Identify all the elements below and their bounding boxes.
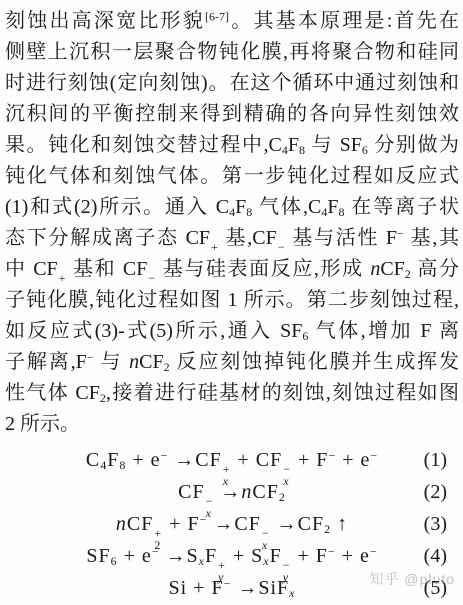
sup-sub-stack: −x: [148, 272, 155, 285]
text-line: 刻蚀出高深宽比形貌[6-7]。其基本原理是:首先在: [5, 6, 459, 37]
equation-row-5: Si + F− →SiFx (5): [5, 572, 459, 604]
sup-sub-stack: +x: [211, 241, 218, 254]
text-line: 时进行刻蚀(定向刻蚀)。在这个循环中通过刻蚀和: [5, 68, 459, 99]
equation-formula: Si + F− →SiFx: [168, 572, 295, 604]
equation-block: C4F8 + e− →CF+x + CF−x + F− + e− (1) CF−…: [5, 444, 459, 604]
equation-row-4: SF6 + e− →SxF+y + SxF−y + F− + e− (4): [5, 540, 459, 572]
equation-number: (1): [424, 444, 447, 476]
text-line: 子钝化膜,钝化过程如图 1 所示。第二步刻蚀过程,: [5, 285, 459, 316]
text-line: 侧壁上沉积一层聚合物钝化膜,再将聚合物和硅同: [5, 37, 459, 68]
equation-number: (2): [424, 476, 447, 508]
text-line: 态下分解成离子态 CF+x 基,CF−x 基与活性 F− 基,其: [5, 223, 459, 254]
text-line: 果。钝化和刻蚀交替过程中,C4F8 与 SF6 分别做为: [5, 130, 459, 161]
equation-number: (4): [424, 540, 447, 572]
sup-sub-stack: −x: [278, 241, 285, 254]
equation-row-2: CF−x →nCF2 (2): [5, 476, 459, 508]
text-line: 钝化气体和刻蚀气体。第一步钝化过程如反应式: [5, 161, 459, 192]
text-line: (1)和式(2)所示。通入 C4F8 气体,C4F8 在等离子状: [5, 192, 459, 223]
equation-number: (5): [424, 572, 447, 604]
sup-sub-stack: +x: [59, 272, 66, 285]
equation-row-3: nCF+2 + F− →CF−x →CF2 ↑ (3): [5, 508, 459, 540]
text-line: 如反应式(3)-式(5)所示,通入 SF6 气体,增加 F 离: [5, 316, 459, 347]
equation-row-1: C4F8 + e− →CF+x + CF−x + F− + e− (1): [5, 444, 459, 476]
text-line: 中 CF+x 基和 CF−x 基与硅表面反应,形成 nCF2 高分: [5, 254, 459, 285]
paragraph: 刻蚀出高深宽比形貌[6-7]。其基本原理是:首先在 侧壁上沉积一层聚合物钝化膜,…: [5, 6, 459, 440]
text-line: 性气体 CF2,接着进行硅基材的刻蚀,刻蚀过程如图: [5, 378, 459, 409]
text-line: 沉积间的平衡控制来得到精确的各向异性刻蚀效: [5, 99, 459, 130]
equation-number: (3): [424, 508, 447, 540]
text-line: 子解离,F− 与 nCF2 反应刻蚀掉钝化膜并生成挥发: [5, 347, 459, 378]
text-line: 2 所示。: [5, 409, 459, 440]
article-page: 刻蚀出高深宽比形貌[6-7]。其基本原理是:首先在 侧壁上沉积一层聚合物钝化膜,…: [0, 0, 463, 605]
